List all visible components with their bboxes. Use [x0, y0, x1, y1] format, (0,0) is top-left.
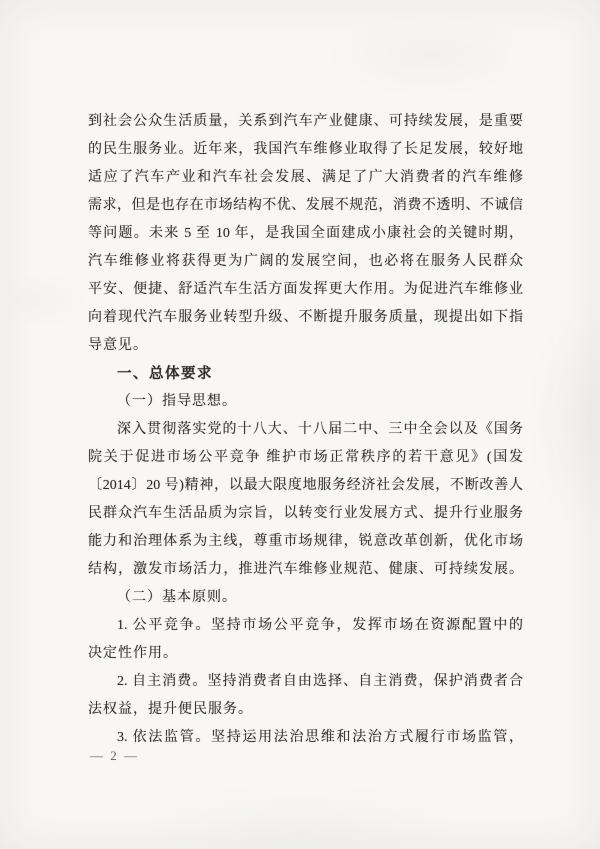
text-line: 深入贯彻落实党的十八大、十八届二中、三中全会以及《国务: [88, 416, 523, 444]
section-heading: 一、总体要求: [88, 360, 523, 388]
text-line: 适应了汽车产业和汽车社会发展、满足了广大消费者的汽车维修: [88, 164, 523, 192]
text-line: 2. 自主消费。坚持消费者自由选择、自主消费，保护消费者合: [88, 668, 523, 696]
text-line: 等问题。未来 5 至 10 年，是我国全面建成小康社会的关键时期，: [88, 220, 523, 248]
text-line: 法权益，提升便民服务。: [88, 696, 523, 724]
text-line: （二）基本原则。: [88, 584, 523, 612]
text-line: 结构，激发市场活力，推进汽车维修业规范、健康、可持续发展。: [88, 556, 523, 584]
text-line: 平安、便捷、舒适汽车生活方面发挥更大作用。为促进汽车维修业: [88, 276, 523, 304]
page-footer: — 2 —: [90, 748, 139, 764]
text-line: （一）指导思想。: [88, 388, 523, 416]
document-body: 到社会公众生活质量，关系到汽车产业健康、可持续发展，是重要的民生服务业。近年来，…: [88, 108, 523, 752]
text-line: 汽车维修业将获得更为广阔的发展空间，也必将在服务人民群众: [88, 248, 523, 276]
text-line: 导意见。: [88, 332, 523, 360]
text-line: 3. 依法监管。坚持运用法治思维和法治方式履行市场监管，: [88, 724, 523, 752]
text-line: 〔2014〕20 号)精神，以最大限度地服务经济社会发展，不断改善人: [88, 472, 523, 500]
text-line: 能力和治理体系为主线，尊重市场规律，锐意改革创新，优化市场: [88, 528, 523, 556]
text-line: 向着现代汽车服务业转型升级、不断提升服务质量，现提出如下指: [88, 304, 523, 332]
text-line: 的民生服务业。近年来，我国汽车维修业取得了长足发展，较好地: [88, 136, 523, 164]
text-line: 1. 公平竞争。坚持市场公平竞争，发挥市场在资源配置中的: [88, 612, 523, 640]
text-line: 决定性作用。: [88, 640, 523, 668]
text-line: 到社会公众生活质量，关系到汽车产业健康、可持续发展，是重要: [88, 108, 523, 136]
text-line: 民群众汽车生活品质为宗旨，以转变行业发展方式、提升行业服务: [88, 500, 523, 528]
text-line: 院关于促进市场公平竞争 维护市场正常秩序的若干意见》(国发: [88, 444, 523, 472]
text-line: 需求，但是也存在市场结构不优、发展不规范，消费不透明、不诚信: [88, 192, 523, 220]
page-number: — 2 —: [90, 748, 139, 763]
scanned-document-page: 到社会公众生活质量，关系到汽车产业健康、可持续发展，是重要的民生服务业。近年来，…: [0, 0, 600, 849]
